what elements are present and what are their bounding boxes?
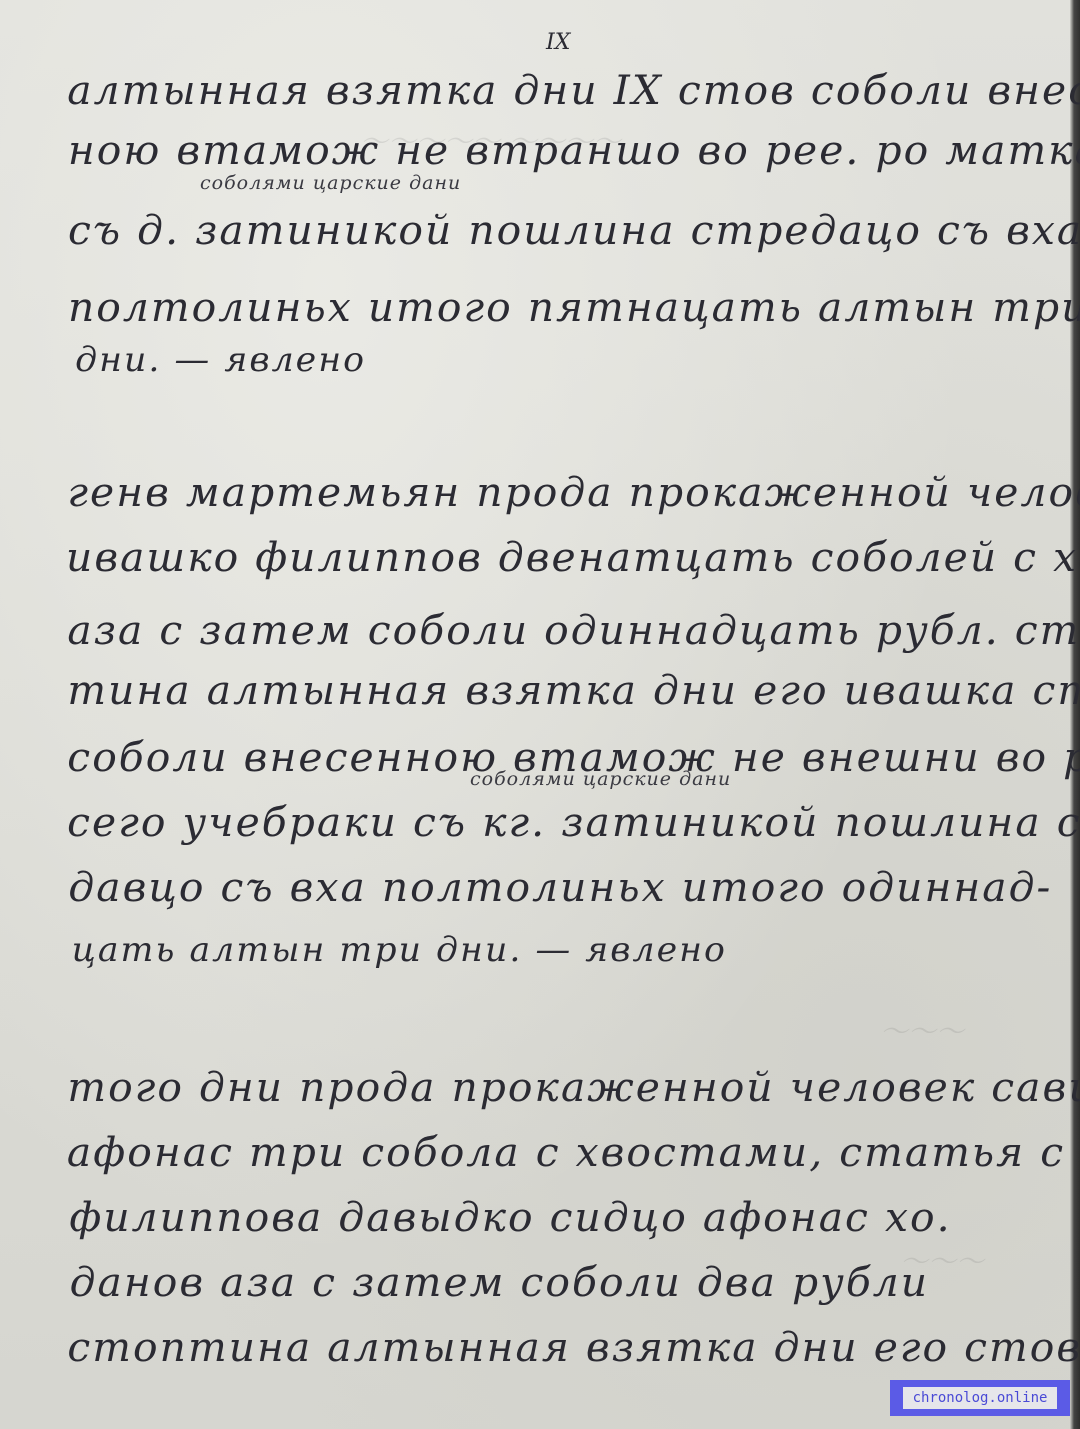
manuscript-line: съ д. затиникой пошлина стредацо съ вха: [68, 208, 1080, 254]
manuscript-page: ～～～～～ ～～～～ ～～～ ～～～ IX алтынная взятка дн…: [0, 0, 1080, 1429]
manuscript-line: сего учебраки съ кг. затиникой пошлина с…: [67, 800, 1080, 846]
watermark-badge: chronolog.online: [890, 1380, 1070, 1416]
watermark-text: chronolog.online: [903, 1387, 1058, 1409]
manuscript-line: филиппова давыдко сидцо афонас хо.: [69, 1195, 951, 1241]
manuscript-line: афонас три собола с хвостами, статья с а…: [67, 1130, 1080, 1176]
manuscript-line: аза с затем соболи одиннадцать рубл. сто…: [67, 608, 1080, 654]
manuscript-line: дни. — явлено: [75, 340, 366, 380]
manuscript-line: ною втамож не втраншо во рее. ро матка: [68, 128, 1080, 174]
interlinear-note: соболями царские дани: [470, 768, 731, 790]
interlinear-note: соболями царские дани: [200, 172, 461, 194]
manuscript-line: того дни прода прокаженной человек савин…: [67, 1065, 1080, 1111]
manuscript-line: ивашко филиппов двенатцать соболей с хво…: [66, 535, 1080, 581]
manuscript-line: полтолиньх итого пятнацать алтын три: [68, 285, 1080, 331]
manuscript-line: тина алтынная взятка дни его ивашка стов: [67, 668, 1080, 714]
manuscript-line: давцо съ вха полтолиньх итого одиннад-: [68, 865, 1052, 911]
manuscript-line: цать алтын три дни. — явлено: [72, 930, 727, 970]
show-through-text: ～～～: [880, 1010, 964, 1050]
manuscript-line: данов аза с затем соболи два рубли: [70, 1260, 930, 1306]
manuscript-line: стоптина алтынная взятка дни его стов XI: [67, 1325, 1080, 1371]
manuscript-line: алтынная взятка дни IX стов соболи внесе…: [67, 68, 1080, 114]
manuscript-line: генв мартемьян прода прокаженной человек: [67, 470, 1080, 516]
superscript-numeral: IX: [546, 30, 570, 55]
